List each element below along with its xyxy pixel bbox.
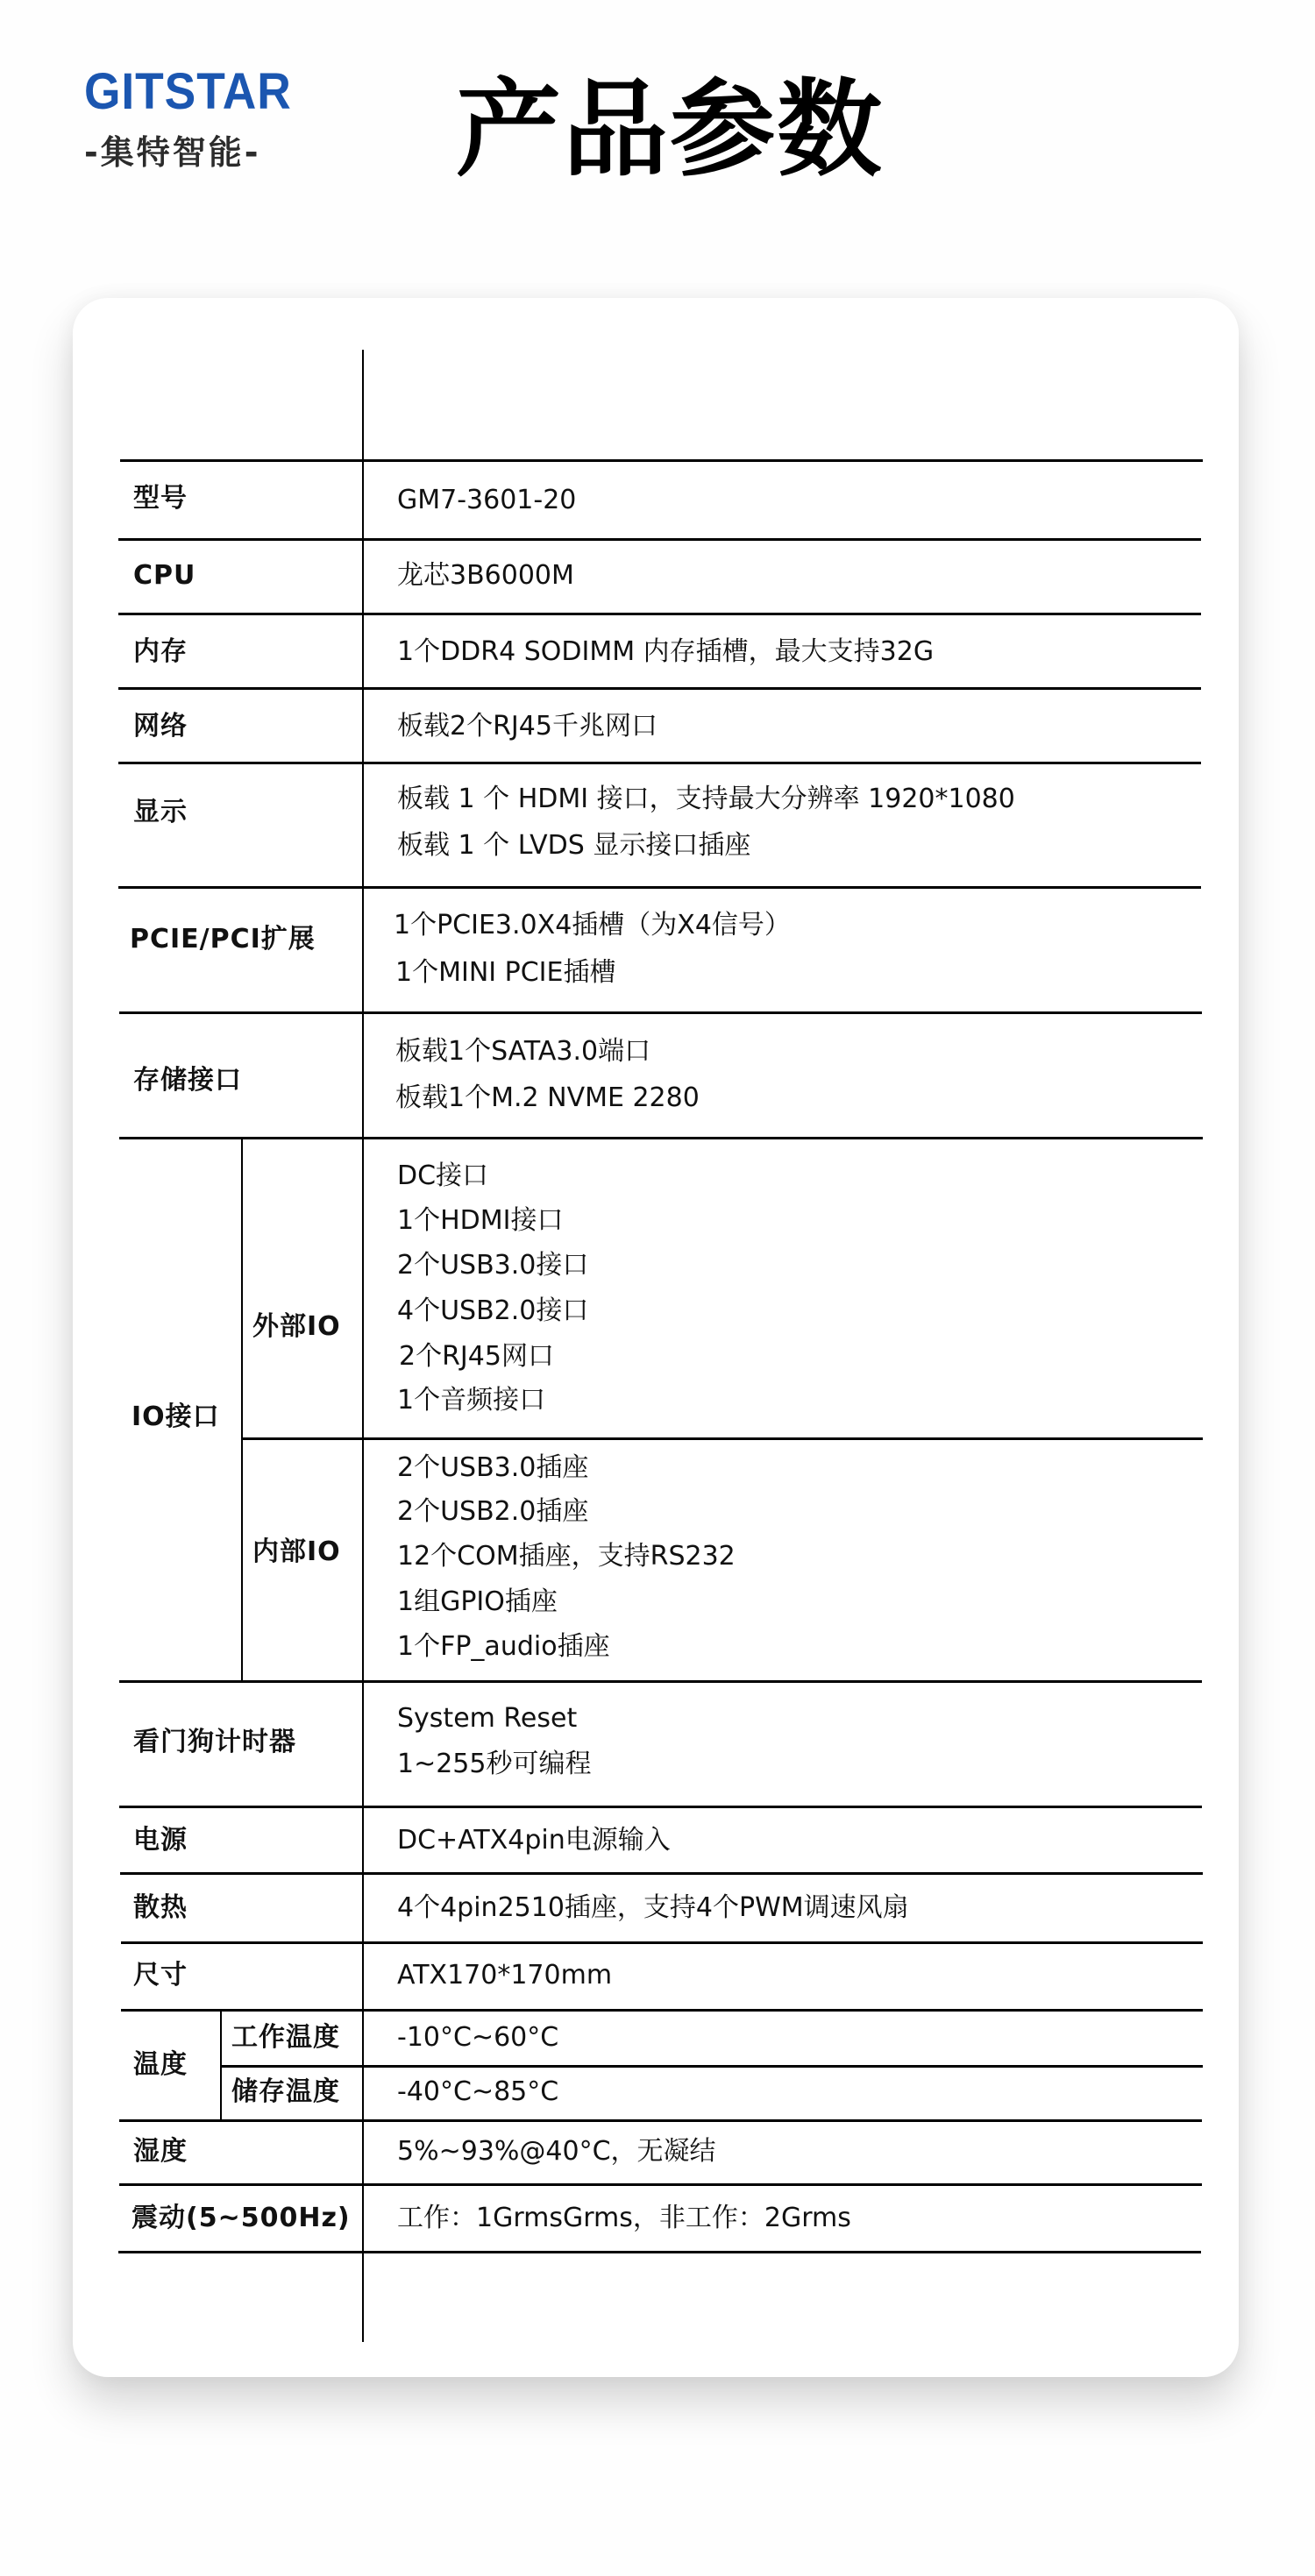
spec-value: 2个RJ45网口 [399, 1339, 554, 1374]
row-divider [220, 2065, 1203, 2068]
spec-label: PCIE/PCI扩展 [130, 922, 316, 957]
spec-value: 12个COM插座，支持RS232 [397, 1539, 736, 1574]
spec-value: 板载 1 个 LVDS 显示接口插座 [397, 828, 750, 863]
page-title: 产品参数 [456, 65, 884, 196]
spec-value: 板载 1 个 HDMI 接口，支持最大分辨率 1920*1080 [397, 782, 1015, 817]
spec-value: -40°C~85°C [397, 2075, 558, 2110]
spec-value: 1个音频接口 [397, 1383, 545, 1418]
spec-value: 2个USB3.0接口 [397, 1248, 588, 1283]
spec-label: 温度 [133, 2047, 188, 2083]
row-divider [120, 459, 1203, 462]
spec-label: CPU [133, 558, 195, 593]
spec-value: 1个DDR4 SODIMM 内存插槽，最大支持32G [397, 635, 934, 670]
row-divider [121, 1941, 1203, 1944]
row-divider [119, 2183, 1202, 2186]
column-divider [362, 350, 364, 2342]
spec-sublabel: 外部IO [252, 1309, 341, 1345]
io-subcolumn-divider [241, 1139, 243, 1681]
spec-value: 1组GPIO插座 [397, 1585, 558, 1620]
spec-label: 网络 [133, 709, 188, 744]
brand-logo: GITSTAR -集特智能- [84, 67, 314, 172]
row-divider [118, 886, 1201, 889]
spec-label: IO接口 [131, 1400, 220, 1435]
spec-value: 1个MINI PCIE插槽 [395, 955, 615, 990]
spec-label: 尺寸 [133, 1958, 188, 1993]
row-divider [119, 1680, 1202, 1683]
spec-sublabel: 工作温度 [231, 2020, 340, 2055]
row-divider [118, 687, 1201, 690]
spec-value: 4个USB2.0接口 [397, 1294, 588, 1329]
row-divider [118, 2251, 1201, 2253]
spec-label: 存储接口 [133, 1063, 242, 1098]
spec-label: 看门狗计时器 [133, 1725, 296, 1760]
spec-value: DC+ATX4pin电源输入 [397, 1823, 671, 1858]
row-divider [118, 762, 1201, 764]
spec-value: 4个4pin2510插座，支持4个PWM调速风扇 [397, 1891, 909, 1926]
spec-sublabel: 储存温度 [231, 2075, 340, 2110]
spec-value: 板载1个SATA3.0端口 [395, 1034, 650, 1069]
spec-value: -10°C~60°C [397, 2020, 558, 2055]
spec-value: 2个USB2.0插座 [397, 1494, 588, 1529]
spec-sublabel: 内部IO [252, 1535, 341, 1570]
spec-value: 1个PCIE3.0X4插槽（为X4信号） [394, 908, 791, 943]
row-divider [119, 1011, 1202, 1014]
spec-value: DC接口 [397, 1159, 488, 1194]
spec-value: 5%~93%@40°C，无凝结 [397, 2134, 716, 2169]
spec-value: System Reset [397, 1701, 577, 1736]
spec-label: 湿度 [133, 2134, 188, 2169]
row-divider [121, 2009, 1203, 2012]
logo-wordmark: GITSTAR [84, 67, 295, 117]
row-divider [119, 1806, 1202, 1808]
spec-value: 工作：1GrmsGrms，非工作：2Grms [397, 2201, 851, 2236]
spec-label: 型号 [133, 481, 188, 516]
spec-label: 内存 [133, 635, 188, 670]
row-divider [120, 1872, 1203, 1875]
spec-value: 1个FP_audio插座 [397, 1629, 610, 1664]
spec-label: 电源 [133, 1823, 188, 1858]
row-divider [119, 2119, 1202, 2122]
spec-value: 2个USB3.0插座 [397, 1451, 588, 1486]
logo-chinese-name: -集特智能- [84, 133, 314, 172]
row-divider [119, 1137, 1203, 1139]
spec-value: 龙芯3B6000M [397, 558, 574, 593]
spec-label: 显示 [133, 795, 188, 830]
spec-value: GM7-3601-20 [397, 483, 576, 518]
spec-value: 板载2个RJ45千兆网口 [397, 709, 657, 744]
spec-value: 1~255秒可编程 [397, 1747, 591, 1782]
spec-value: ATX170*170mm [397, 1958, 612, 1993]
spec-value: 板载1个M.2 NVME 2280 [395, 1081, 700, 1116]
spec-value: 1个HDMI接口 [397, 1203, 563, 1238]
spec-label: 震动(5~500Hz) [131, 2201, 351, 2236]
row-divider [118, 538, 1201, 541]
spec-label: 散热 [133, 1891, 188, 1926]
row-divider [118, 613, 1201, 615]
row-divider [241, 1437, 1203, 1440]
